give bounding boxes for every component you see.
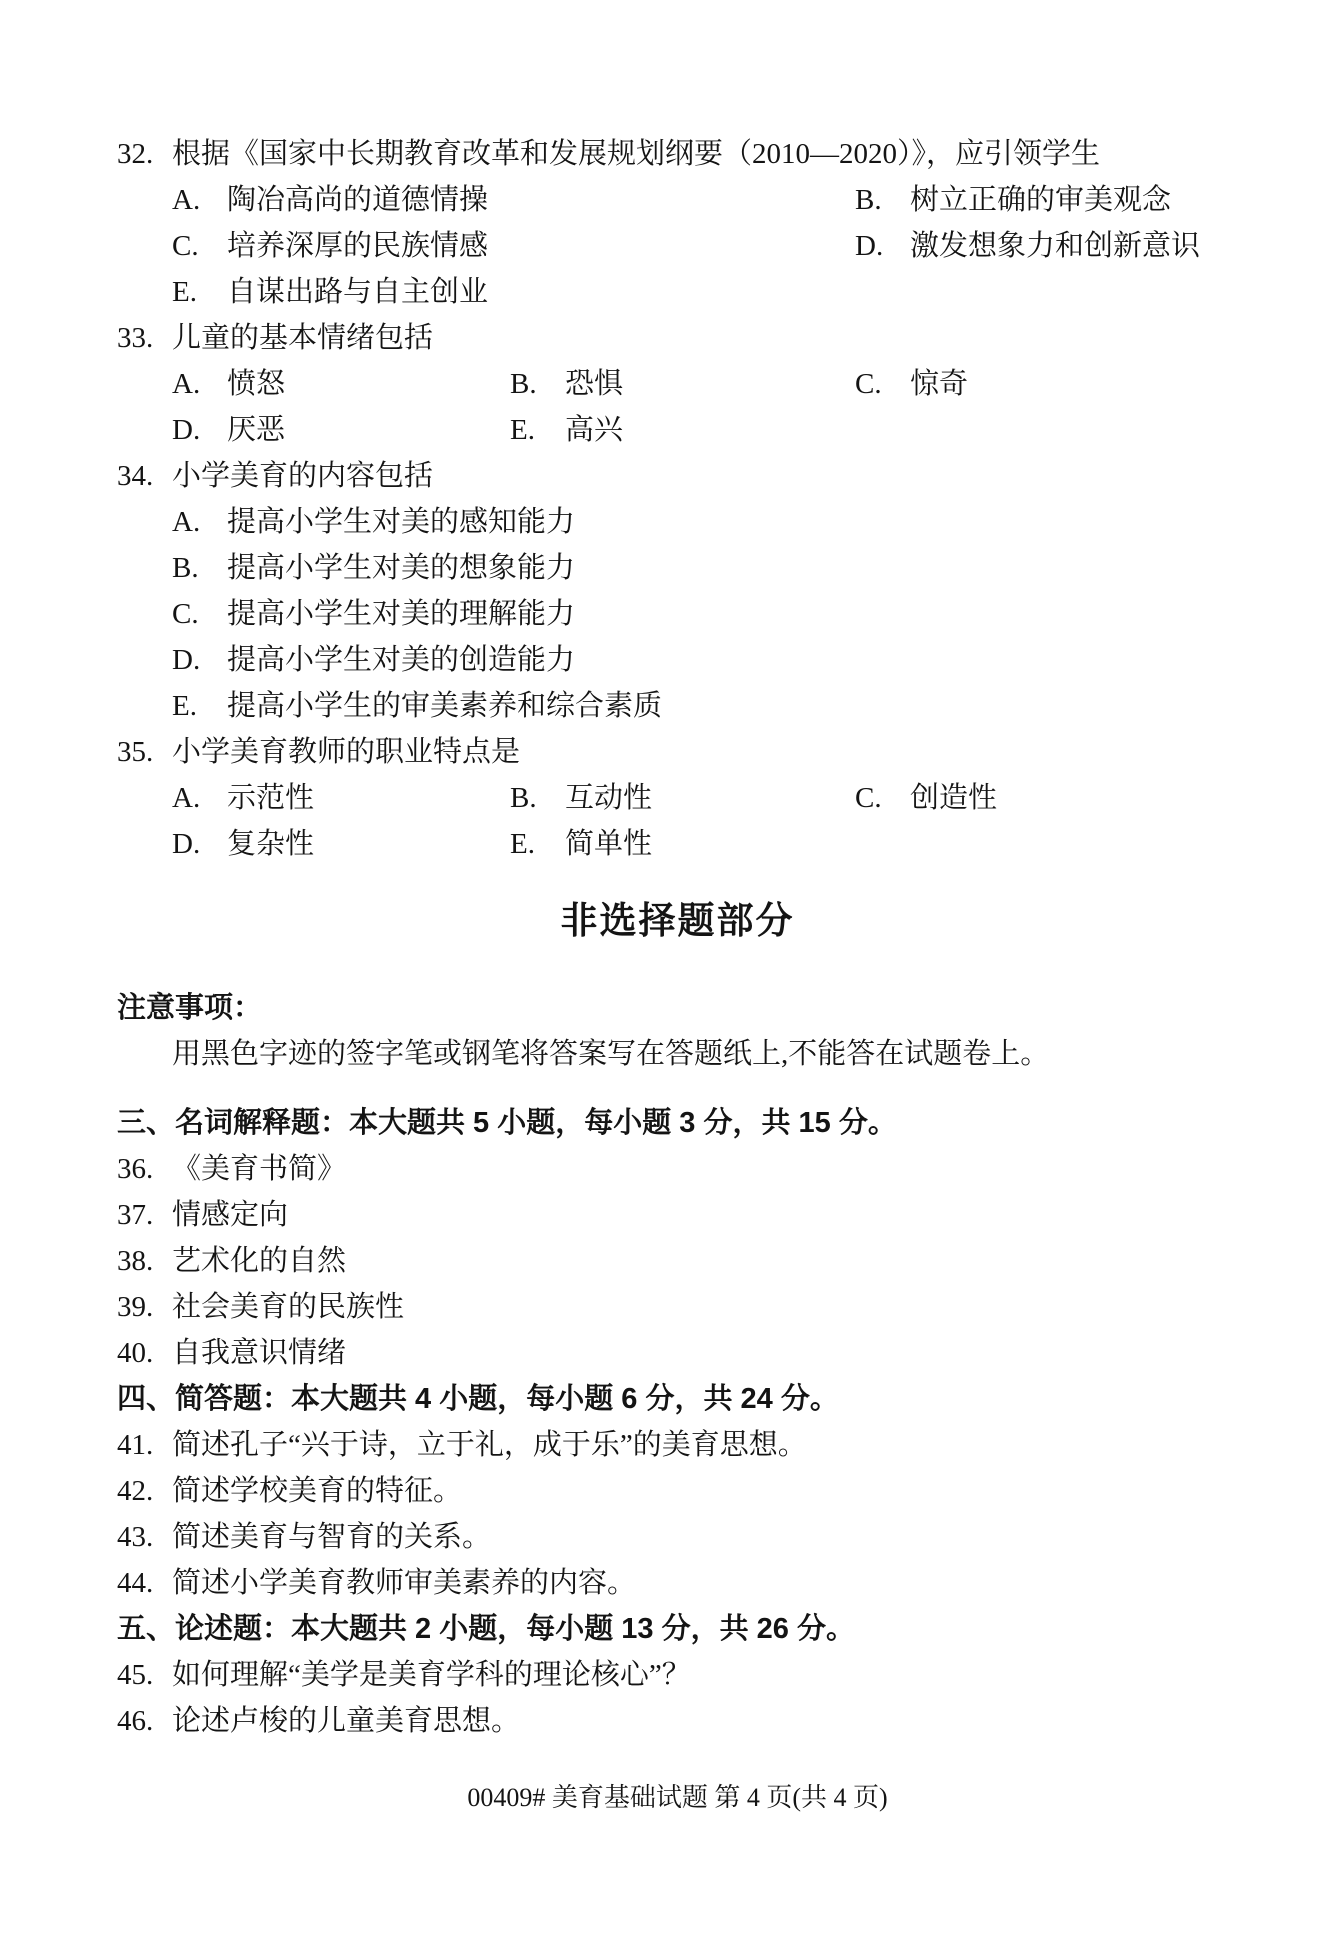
section-heading-5: 五、论述题：本大题共 2 小题，每小题 13 分，共 26 分。	[117, 1606, 1238, 1652]
option-label: E.	[510, 821, 565, 867]
exam-content: 32. 根据《国家中长期教育改革和发展规划纲要（2010—2020）》，应引领学…	[117, 131, 1238, 1821]
option-label: D.	[172, 821, 227, 867]
option-text: 提高小学生对美的感知能力	[227, 499, 575, 545]
part-heading: 非选择题部分	[117, 895, 1238, 947]
item-number: 37.	[117, 1192, 172, 1238]
item-text: 简述孔子“兴于诗，立于礼，成于乐”的美育思想。	[172, 1422, 1238, 1468]
option-d: D.激发想象力和创新意识	[855, 223, 1200, 269]
item-37: 37. 情感定向	[117, 1192, 1238, 1238]
option-label: A.	[172, 361, 227, 407]
option-text: 提高小学生对美的理解能力	[227, 591, 575, 637]
item-number: 44.	[117, 1560, 172, 1606]
option-e: E.高兴	[510, 407, 623, 453]
item-45: 45. 如何理解“美学是美育学科的理论核心”？	[117, 1652, 1238, 1698]
option-label: B.	[510, 775, 565, 821]
question-stem: 根据《国家中长期教育改革和发展规划纲要（2010—2020）》，应引领学生	[172, 131, 1238, 177]
option-label: E.	[510, 407, 565, 453]
option-e: E.提高小学生的审美素养和综合素质	[172, 683, 662, 729]
question-number: 33.	[117, 315, 172, 361]
option-text: 树立正确的审美观念	[910, 177, 1171, 223]
option-label: B.	[172, 545, 227, 591]
option-b: B.互动性	[510, 775, 855, 821]
option-b: B.提高小学生对美的想象能力	[172, 545, 575, 591]
option-text: 陶冶高尚的道德情操	[227, 177, 488, 223]
option-text: 提高小学生的审美素养和综合素质	[227, 683, 662, 729]
item-number: 43.	[117, 1514, 172, 1560]
question-35: 35. 小学美育教师的职业特点是	[117, 729, 1238, 775]
option-c: C.培养深厚的民族情感	[172, 223, 855, 269]
item-number: 42.	[117, 1468, 172, 1514]
notice-title: 注意事项：	[117, 985, 1238, 1031]
question-number: 32.	[117, 131, 172, 177]
option-text: 复杂性	[227, 821, 314, 867]
option-c: C.惊奇	[855, 361, 968, 407]
item-text: 简述美育与智育的关系。	[172, 1514, 1238, 1560]
option-c: C.提高小学生对美的理解能力	[172, 591, 575, 637]
option-e: E.简单性	[510, 821, 652, 867]
item-number: 40.	[117, 1330, 172, 1376]
item-38: 38. 艺术化的自然	[117, 1238, 1238, 1284]
item-text: 社会美育的民族性	[172, 1284, 1238, 1330]
question-32-options-row: C.培养深厚的民族情感 D.激发想象力和创新意识	[117, 223, 1238, 269]
option-text: 示范性	[227, 775, 314, 821]
option-label: C.	[855, 361, 910, 407]
question-34-options-row: C.提高小学生对美的理解能力	[117, 591, 1238, 637]
option-label: D.	[172, 637, 227, 683]
item-text: 简述小学美育教师审美素养的内容。	[172, 1560, 1238, 1606]
option-label: B.	[855, 177, 910, 223]
option-a: A.提高小学生对美的感知能力	[172, 499, 575, 545]
item-36: 36. 《美育书简》	[117, 1146, 1238, 1192]
option-label: E.	[172, 269, 227, 315]
item-number: 38.	[117, 1238, 172, 1284]
item-text: 论述卢梭的儿童美育思想。	[172, 1698, 1238, 1744]
item-39: 39. 社会美育的民族性	[117, 1284, 1238, 1330]
option-text: 提高小学生对美的想象能力	[227, 545, 575, 591]
option-e: E.自谋出路与自主创业	[172, 269, 488, 315]
question-34-options-row: A.提高小学生对美的感知能力	[117, 499, 1238, 545]
item-42: 42. 简述学校美育的特征。	[117, 1468, 1238, 1514]
option-text: 激发想象力和创新意识	[910, 223, 1200, 269]
item-43: 43. 简述美育与智育的关系。	[117, 1514, 1238, 1560]
item-40: 40. 自我意识情绪	[117, 1330, 1238, 1376]
page-footer: 00409# 美育基础试题 第 4 页(共 4 页)	[117, 1775, 1238, 1821]
option-c: C.创造性	[855, 775, 997, 821]
option-text: 创造性	[910, 775, 997, 821]
question-stem: 小学美育的内容包括	[172, 453, 1238, 499]
item-44: 44. 简述小学美育教师审美素养的内容。	[117, 1560, 1238, 1606]
option-text: 互动性	[565, 775, 652, 821]
question-35-options-row: A.示范性 B.互动性 C.创造性	[117, 775, 1238, 821]
option-text: 培养深厚的民族情感	[227, 223, 488, 269]
item-text: 自我意识情绪	[172, 1330, 1238, 1376]
item-number: 36.	[117, 1146, 172, 1192]
question-number: 35.	[117, 729, 172, 775]
option-text: 恐惧	[565, 361, 623, 407]
question-33: 33. 儿童的基本情绪包括	[117, 315, 1238, 361]
option-label: A.	[172, 775, 227, 821]
item-text: 艺术化的自然	[172, 1238, 1238, 1284]
item-number: 46.	[117, 1698, 172, 1744]
question-34-options-row: D.提高小学生对美的创造能力	[117, 637, 1238, 683]
section-heading-3: 三、名词解释题：本大题共 5 小题，每小题 3 分，共 15 分。	[117, 1100, 1238, 1146]
option-label: D.	[855, 223, 910, 269]
option-text: 厌恶	[227, 407, 285, 453]
notice-body: 用黑色字迹的签字笔或钢笔将答案写在答题纸上,不能答在试题卷上。	[117, 1031, 1238, 1077]
option-label: C.	[172, 223, 227, 269]
option-a: A.陶冶高尚的道德情操	[172, 177, 855, 223]
option-label: C.	[172, 591, 227, 637]
question-32: 32. 根据《国家中长期教育改革和发展规划纲要（2010—2020）》，应引领学…	[117, 131, 1238, 177]
item-number: 41.	[117, 1422, 172, 1468]
option-label: A.	[172, 499, 227, 545]
question-32-options-row: A.陶冶高尚的道德情操 B.树立正确的审美观念	[117, 177, 1238, 223]
option-b: B.恐惧	[510, 361, 855, 407]
option-a: A.愤怒	[172, 361, 510, 407]
item-text: 如何理解“美学是美育学科的理论核心”？	[172, 1652, 1238, 1698]
question-35-options-row: D.复杂性 E.简单性	[117, 821, 1238, 867]
item-text: 情感定向	[172, 1192, 1238, 1238]
question-stem: 小学美育教师的职业特点是	[172, 729, 1238, 775]
item-number: 39.	[117, 1284, 172, 1330]
option-label: C.	[855, 775, 910, 821]
option-text: 高兴	[565, 407, 623, 453]
item-46: 46. 论述卢梭的儿童美育思想。	[117, 1698, 1238, 1744]
question-34-options-row: E.提高小学生的审美素养和综合素质	[117, 683, 1238, 729]
option-b: B.树立正确的审美观念	[855, 177, 1171, 223]
question-stem: 儿童的基本情绪包括	[172, 315, 1238, 361]
option-d: D.提高小学生对美的创造能力	[172, 637, 575, 683]
option-text: 惊奇	[910, 361, 968, 407]
option-label: D.	[172, 407, 227, 453]
option-label: A.	[172, 177, 227, 223]
question-number: 34.	[117, 453, 172, 499]
option-text: 自谋出路与自主创业	[227, 269, 488, 315]
option-d: D.复杂性	[172, 821, 510, 867]
item-41: 41. 简述孔子“兴于诗，立于礼，成于乐”的美育思想。	[117, 1422, 1238, 1468]
item-text: 简述学校美育的特征。	[172, 1468, 1238, 1514]
option-label: B.	[510, 361, 565, 407]
question-34-options-row: B.提高小学生对美的想象能力	[117, 545, 1238, 591]
question-33-options-row: D.厌恶 E.高兴	[117, 407, 1238, 453]
option-d: D.厌恶	[172, 407, 510, 453]
question-33-options-row: A.愤怒 B.恐惧 C.惊奇	[117, 361, 1238, 407]
item-number: 45.	[117, 1652, 172, 1698]
item-text: 《美育书简》	[172, 1146, 1238, 1192]
option-text: 简单性	[565, 821, 652, 867]
option-label: E.	[172, 683, 227, 729]
exam-page: 32. 根据《国家中长期教育改革和发展规划纲要（2010—2020）》，应引领学…	[0, 0, 1318, 1945]
option-text: 提高小学生对美的创造能力	[227, 637, 575, 683]
option-a: A.示范性	[172, 775, 510, 821]
question-32-options-row: E.自谋出路与自主创业	[117, 269, 1238, 315]
option-text: 愤怒	[227, 361, 285, 407]
section-heading-4: 四、简答题：本大题共 4 小题，每小题 6 分，共 24 分。	[117, 1376, 1238, 1422]
question-34: 34. 小学美育的内容包括	[117, 453, 1238, 499]
